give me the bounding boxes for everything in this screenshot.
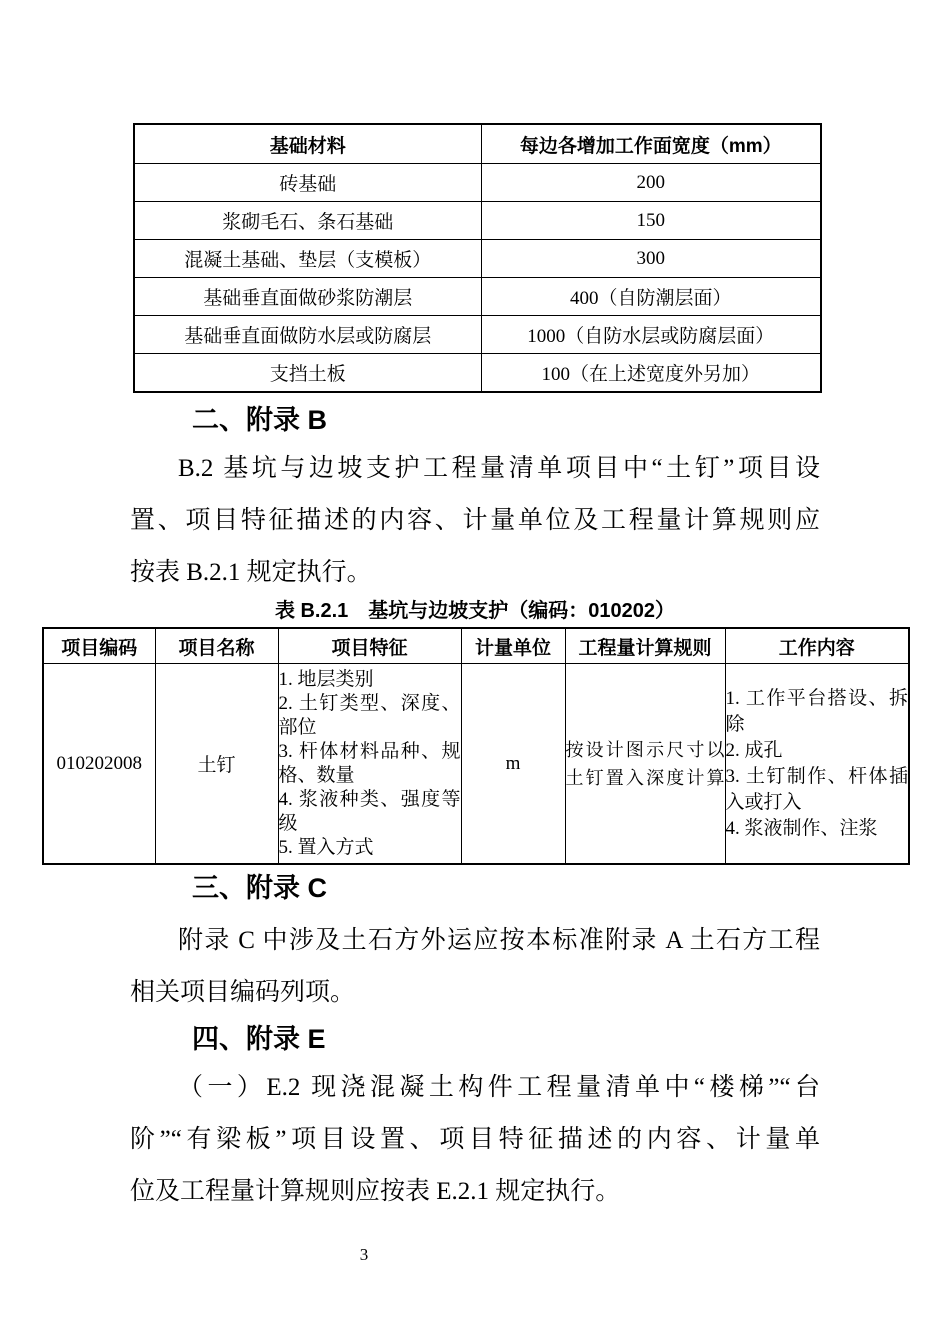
material-cell: 基础垂直面做砂浆防潮层 xyxy=(134,278,481,316)
header-calc-rule: 工程量计算规则 xyxy=(565,628,725,664)
paragraph-line: 相关项目编码列项。 xyxy=(130,967,820,1019)
paragraph-line: 阶”“有梁板”项目设置、项目特征描述的内容、计量单 xyxy=(130,1114,820,1166)
header-working-width: 每边各增加工作面宽度（mm） xyxy=(481,124,821,164)
document-page: 基础材料 每边各增加工作面宽度（mm） 砖基础 200 浆砌毛石、条石基础 15… xyxy=(0,0,950,1344)
feature-item: 1. 地层类别 xyxy=(279,668,461,692)
header-item-features: 项目特征 xyxy=(278,628,461,664)
header-item-name: 项目名称 xyxy=(155,628,278,664)
table-b21-caption: 表 B.2.1 基坑与边坡支护（编码：010202） xyxy=(0,598,950,624)
width-cell: 150 xyxy=(481,202,821,240)
material-cell: 基础垂直面做防水层或防腐层 xyxy=(134,316,481,354)
item-features-cell: 1. 地层类别 2. 土钉类型、深度、部位 3. 杆体材料品种、规格、数量 4.… xyxy=(278,664,461,865)
header-work-content: 工作内容 xyxy=(725,628,909,664)
paragraph-line: 置、项目特征描述的内容、计量单位及工程量计算规则应 xyxy=(130,495,820,547)
paragraph-appendix-c: 附录 C 中涉及土石方外运应按本标准附录 A 土石方工程 相关项目编码列项。 xyxy=(130,915,820,1019)
work-item: 3. 土钉制作、杆体插入或打入 xyxy=(726,764,909,816)
header-unit: 计量单位 xyxy=(461,628,565,664)
table-header-row: 基础材料 每边各增加工作面宽度（mm） xyxy=(134,124,821,164)
section-heading-appendix-b: 二、附录 B xyxy=(192,403,327,437)
paragraph-appendix-b: B.2 基坑与边坡支护工程量清单项目中“土钉”项目设 置、项目特征描述的内容、计… xyxy=(130,443,820,599)
table-row: 支挡土板 100（在上述宽度外另加） xyxy=(134,354,821,393)
feature-item: 3. 杆体材料品种、规格、数量 xyxy=(279,740,461,788)
feature-item: 5. 置入方式 xyxy=(279,836,461,860)
table-b21: 项目编码 项目名称 项目特征 计量单位 工程量计算规则 工作内容 0102020… xyxy=(42,627,910,865)
paragraph-line: 附录 C 中涉及土石方外运应按本标准附录 A 土石方工程 xyxy=(130,915,820,967)
section-heading-appendix-c: 三、附录 C xyxy=(192,871,327,905)
page-number: 3 xyxy=(340,1245,388,1265)
item-name-cell: 土钉 xyxy=(155,664,278,865)
feature-item: 4. 浆液种类、强度等级 xyxy=(279,788,461,836)
calc-rule-cell: 按设计图示尺寸以 土钉置入深度计算 xyxy=(565,664,725,865)
work-item: 1. 工作平台搭设、拆除 xyxy=(726,686,909,738)
section-heading-appendix-e: 四、附录 E xyxy=(192,1022,326,1056)
table-row: 基础垂直面做砂浆防潮层 400（自防潮层面） xyxy=(134,278,821,316)
calc-rule-line: 按设计图示尺寸以 xyxy=(566,736,725,764)
calc-rule-line: 土钉置入深度计算 xyxy=(566,764,725,792)
header-item-code: 项目编码 xyxy=(43,628,155,664)
table-header-row: 项目编码 项目名称 项目特征 计量单位 工程量计算规则 工作内容 xyxy=(43,628,909,664)
working-width-table: 基础材料 每边各增加工作面宽度（mm） 砖基础 200 浆砌毛石、条石基础 15… xyxy=(133,123,822,393)
paragraph-line: 按表 B.2.1 规定执行。 xyxy=(130,547,820,599)
material-cell: 浆砌毛石、条石基础 xyxy=(134,202,481,240)
paragraph-line: B.2 基坑与边坡支护工程量清单项目中“土钉”项目设 xyxy=(130,443,820,495)
material-cell: 支挡土板 xyxy=(134,354,481,393)
table-row: 混凝土基础、垫层（支模板） 300 xyxy=(134,240,821,278)
width-cell: 200 xyxy=(481,164,821,202)
work-content-cell: 1. 工作平台搭设、拆除 2. 成孔 3. 土钉制作、杆体插入或打入 4. 浆液… xyxy=(725,664,909,865)
width-cell: 300 xyxy=(481,240,821,278)
table-row: 010202008 土钉 1. 地层类别 2. 土钉类型、深度、部位 3. 杆体… xyxy=(43,664,909,865)
paragraph-line: （一）E.2 现浇混凝土构件工程量清单中“楼梯”“台 xyxy=(130,1062,820,1114)
width-cell: 400（自防潮层面） xyxy=(481,278,821,316)
table-row: 基础垂直面做防水层或防腐层 1000（自防水层或防腐层面） xyxy=(134,316,821,354)
feature-item: 2. 土钉类型、深度、部位 xyxy=(279,692,461,740)
work-item: 2. 成孔 xyxy=(726,738,909,764)
table-row: 砖基础 200 xyxy=(134,164,821,202)
work-item: 4. 浆液制作、注浆 xyxy=(726,816,909,842)
width-cell: 1000（自防水层或防腐层面） xyxy=(481,316,821,354)
item-code-cell: 010202008 xyxy=(43,664,155,865)
paragraph-appendix-e: （一）E.2 现浇混凝土构件工程量清单中“楼梯”“台 阶”“有梁板”项目设置、项… xyxy=(130,1062,820,1218)
width-cell: 100（在上述宽度外另加） xyxy=(481,354,821,393)
material-cell: 混凝土基础、垫层（支模板） xyxy=(134,240,481,278)
table-row: 浆砌毛石、条石基础 150 xyxy=(134,202,821,240)
unit-cell: m xyxy=(461,664,565,865)
paragraph-line: 位及工程量计算规则应按表 E.2.1 规定执行。 xyxy=(130,1166,820,1218)
material-cell: 砖基础 xyxy=(134,164,481,202)
header-foundation-material: 基础材料 xyxy=(134,124,481,164)
